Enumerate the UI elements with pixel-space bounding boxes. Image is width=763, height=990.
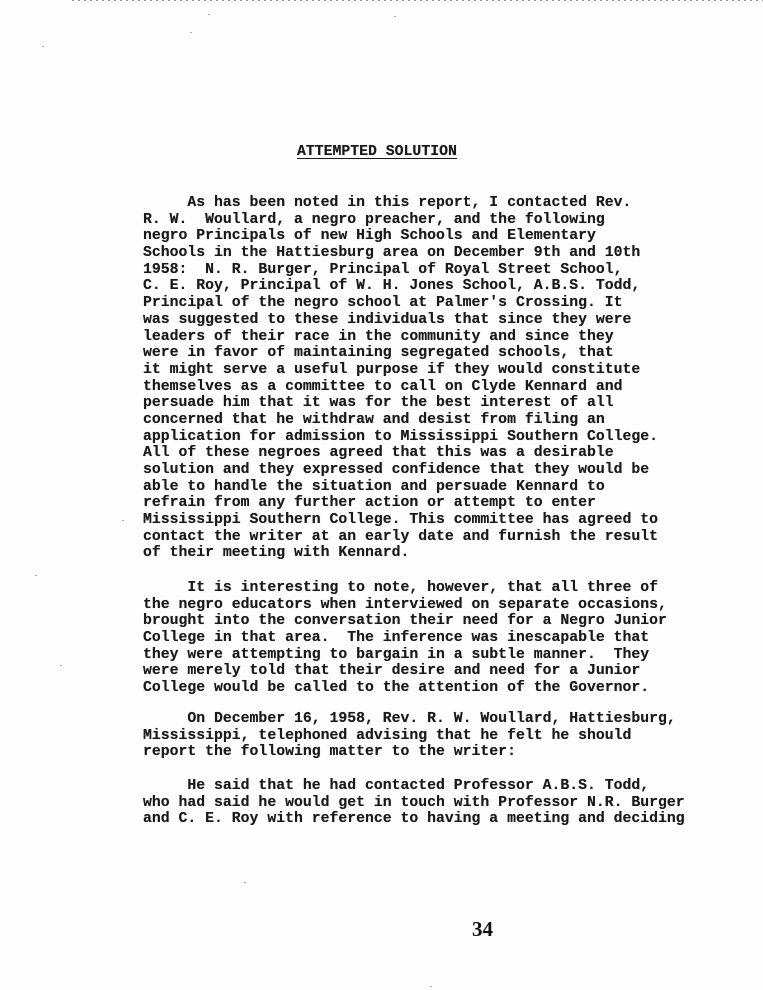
text-line: On December 16, 1958, Rev. R. W. Woullar… [143, 711, 723, 728]
text-line: refrain from any further action or attem… [143, 495, 723, 512]
text-line: Mississippi, telephoned advising that he… [143, 728, 723, 745]
text-line: Principal of the negro school at Palmer'… [143, 295, 723, 312]
text-line: brought into the conversation their need… [143, 613, 723, 630]
text-line: of their meeting with Kennard. [143, 545, 723, 562]
scan-speck [208, 14, 210, 15]
text-line: were in favor of maintaining segregated … [143, 345, 723, 362]
text-line: it might serve a useful purpose if they … [143, 362, 723, 379]
text-line: and C. E. Roy with reference to having a… [143, 811, 723, 828]
document-page: ATTEMPTED SOLUTION As has been noted in … [0, 0, 763, 990]
scan-speck [190, 32, 192, 33]
text-line: 1958: N. R. Burger, Principal of Royal S… [143, 262, 723, 279]
text-line: was suggested to these individuals that … [143, 312, 723, 329]
text-line: Schools in the Hattiesburg area on Decem… [143, 245, 723, 262]
text-line: themselves as a committee to call on Cly… [143, 379, 723, 396]
text-line: College would be called to the attention… [143, 680, 723, 697]
text-line: College in that area. The inference was … [143, 630, 723, 647]
section-title: ATTEMPTED SOLUTION [297, 144, 457, 160]
text-line: contact the writer at an early date and … [143, 529, 723, 546]
paragraph-1: As has been noted in this report, I cont… [143, 195, 723, 562]
text-line: R. W. Woullard, a negro preacher, and th… [143, 212, 723, 229]
scan-speck [244, 882, 246, 883]
text-line: application for admission to Mississippi… [143, 429, 723, 446]
scan-speck [60, 665, 62, 666]
text-line: who had said he would get in touch with … [143, 795, 723, 812]
paragraph-3: On December 16, 1958, Rev. R. W. Woullar… [143, 711, 723, 761]
text-line: report the following matter to the write… [143, 744, 723, 761]
scan-speck [122, 520, 124, 521]
text-line: It is interesting to note, however, that… [143, 580, 723, 597]
scan-speck [394, 16, 396, 17]
text-line: concerned that he withdraw and desist fr… [143, 412, 723, 429]
text-line: leaders of their race in the community a… [143, 329, 723, 346]
scan-edge-dotted-line [72, 0, 763, 1]
paragraph-4: He said that he had contacted Professor … [143, 778, 723, 828]
text-line: He said that he had contacted Professor … [143, 778, 723, 795]
page-number: 34 [472, 917, 493, 942]
scan-speck [35, 575, 37, 576]
text-line: All of these negroes agreed that this wa… [143, 445, 723, 462]
text-line: C. E. Roy, Principal of W. H. Jones Scho… [143, 278, 723, 295]
text-line: negro Principals of new High Schools and… [143, 228, 723, 245]
text-line: Mississippi Southern College. This commi… [143, 512, 723, 529]
text-line: the negro educators when interviewed on … [143, 597, 723, 614]
text-line: they were attempting to bargain in a sub… [143, 647, 723, 664]
text-line: As has been noted in this report, I cont… [143, 195, 723, 212]
text-line: persuade him that it was for the best in… [143, 395, 723, 412]
scan-speck [42, 46, 44, 47]
text-line: solution and they expressed confidence t… [143, 462, 723, 479]
text-line: able to handle the situation and persuad… [143, 479, 723, 496]
text-line: were merely told that their desire and n… [143, 663, 723, 680]
scan-speck [430, 986, 432, 987]
paragraph-2: It is interesting to note, however, that… [143, 580, 723, 697]
